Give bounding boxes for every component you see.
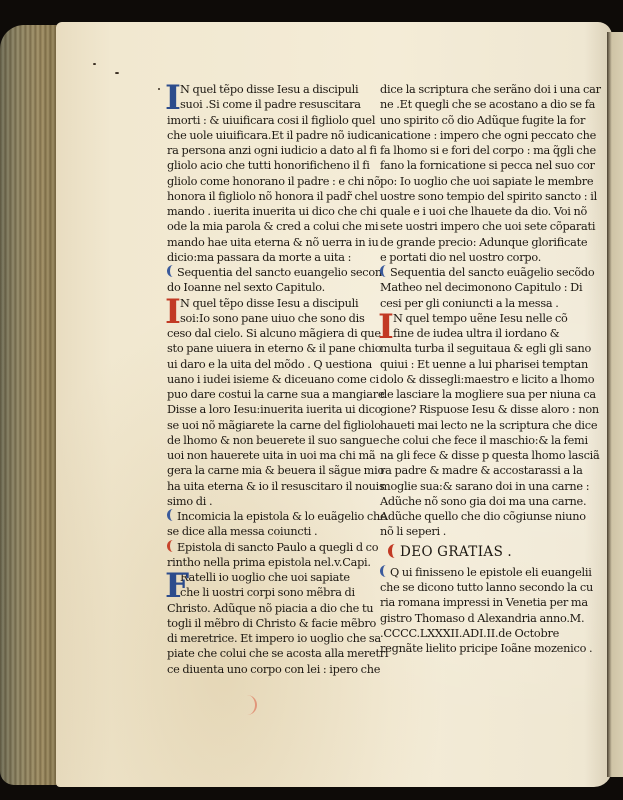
- text-line: soi:Io sono pane uiuo che sono dis: [167, 311, 369, 326]
- text-line: fine de iudea ultra il iordano &: [380, 326, 582, 341]
- text-line: ceso dal cielo. Si alcuno mãgiera di que: [167, 326, 369, 341]
- text-span: che se dicono tutto lanno secondo la cu: [380, 581, 593, 594]
- text-span: regnãte lielito pricipe Ioãne mozenico .: [380, 642, 592, 655]
- rubric-heading: Incomicia la epistola & lo euãgelio ches…: [167, 509, 369, 540]
- text-line: Christo. Adũque nõ piacia a dio che tu: [167, 601, 369, 616]
- text-line: Sequentia del sancto euãgelio secõdo: [380, 265, 582, 280]
- text-line: se dice alla messa coiuncti .: [167, 524, 369, 539]
- text-line: uoi non hauerete uita in uoi ma chi mã: [167, 448, 369, 463]
- paragraph-mark-icon: [380, 565, 388, 577]
- text-line: fano la fornicatione si pecca nel suo co…: [380, 158, 582, 173]
- text-line: mando . iuerita inuerita ui dico che chi: [167, 204, 369, 219]
- text-line: Adũche nõ sono gia doi ma una carne.: [380, 494, 582, 509]
- text-line: Epistola di sancto Paulo a quegli d co: [167, 540, 369, 555]
- text-line: gistro Thomaso d Alexandria anno.M.: [380, 611, 582, 626]
- text-line: quiui : Et uenne a lui pharisei temptan: [380, 357, 582, 372]
- text-span: cesi per gli coniuncti a la messa .: [380, 297, 559, 310]
- paragraph-mark-icon: [167, 509, 175, 521]
- right-text-column: dice la scriptura che serãno doi i una c…: [380, 82, 582, 656]
- text-line: N quel tempo uẽne Iesu nelle cõ: [380, 311, 582, 326]
- facing-page-edge: [607, 32, 623, 777]
- text-line: uano i iudei isieme & diceuano come ci: [167, 372, 369, 387]
- paragraph: IN quel tẽpo disse Iesu a discipulisuoi …: [167, 82, 369, 265]
- text-line: nõ li seperi .: [380, 524, 582, 539]
- text-line: ne .Et quegli che se acostano a dio se f…: [380, 97, 582, 112]
- text-line: suoi .Si come il padre resuscitara: [167, 97, 369, 112]
- text-line: Disse a loro Iesu:inuerita iuerita ui di…: [167, 402, 369, 417]
- text-line: gione? Rispuose Iesu & disse aloro : non: [380, 402, 582, 417]
- text-line: mando hae uita eterna & nõ uerra in iu: [167, 235, 369, 250]
- text-line: ra padre & madre & accostarassi a la: [380, 463, 582, 478]
- rubric-heading: Sequentia del sancto euangelio secondo I…: [167, 265, 369, 296]
- left-text-column: IN quel tẽpo disse Iesu a discipulisuoi …: [167, 82, 369, 677]
- text-line: dicio:ma passara da morte a uita :: [167, 250, 369, 265]
- text-line: N quel tẽpo disse Iesu a discipuli: [167, 296, 369, 311]
- initial-letter: I: [378, 313, 394, 341]
- text-line: gliolo acio che tutti honorificheno il f…: [167, 158, 369, 173]
- text-line: ria romana impressi in Venetia per ma: [380, 595, 582, 610]
- initial-letter: I: [165, 84, 181, 112]
- text-span: rintho nella prima epistola nel.v.Capi.: [167, 556, 371, 569]
- text-line: regnãte lielito pricipe Ioãne mozenico .: [380, 641, 582, 656]
- text-line: se uoi nõ mãgiarete la carne del figliol…: [167, 418, 369, 433]
- text-line: sete uostri impero che uoi sete cõparati: [380, 219, 582, 234]
- text-line: na gli fece & disse p questa lhomo lasci…: [380, 448, 582, 463]
- text-line: uno spirito cõ dio Adũque fugite la for: [380, 113, 582, 128]
- foxing-spot: [93, 63, 96, 65]
- text-line: che li uostri corpi sono mẽbra di: [167, 585, 369, 600]
- text-line: po: Io uoglio che uoi sapiate le membre: [380, 174, 582, 189]
- text-span: Epistola di sancto Paulo a quegli d co: [177, 541, 378, 554]
- text-span: Matheo nel decimonono Capitulo : Di: [380, 281, 582, 294]
- foxing-spot: [115, 72, 119, 74]
- text-line: ra persona anzi ogni iudicio a dato al f…: [167, 143, 369, 158]
- page-edges: [0, 25, 58, 785]
- text-line: do Ioanne nel sexto Capitulo.: [167, 280, 369, 295]
- rubric-heading: Sequentia del sancto euãgelio secõdoMath…: [380, 265, 582, 311]
- text-line: uostre sono tempio del spirito sancto : …: [380, 189, 582, 204]
- text-span: .CCCC.LXXXII.ADI.II.de Octobre: [380, 627, 559, 640]
- colophon: Q ui finisseno le epistole eli euangelii…: [380, 565, 582, 657]
- text-line: .CCCC.LXXXII.ADI.II.de Octobre: [380, 626, 582, 641]
- text-span: Q ui finisseno le epistole eli euangelii: [390, 566, 592, 579]
- deo-gratias: DEO GRATIAS .: [380, 544, 582, 559]
- text-line: rintho nella prima epistola nel.v.Capi.: [167, 555, 369, 570]
- text-line: Incomicia la epistola & lo euãgelio che: [167, 509, 369, 524]
- text-line: piate che colui che se acosta alla meret…: [167, 646, 369, 661]
- text-line: che uole uiuificara.Et il padre nõ iudic…: [167, 128, 369, 143]
- text-line: Q ui finisseno le epistole eli euangelii: [380, 565, 582, 580]
- book-spread: IN quel tẽpo disse Iesu a discipulisuoi …: [0, 0, 623, 800]
- text-line: puo dare costui la carne sua a mangiare: [167, 387, 369, 402]
- text-line: Adũche quello che dio cõgiunse niuno: [380, 509, 582, 524]
- text-line: di meretrice. Et impero io uoglio che sa: [167, 631, 369, 646]
- text-line: dolo & dissegli:maestro e licito a lhomo: [380, 372, 582, 387]
- initial-letter: F: [165, 572, 189, 600]
- paragraph-mark-icon: [167, 540, 175, 552]
- text-line: che colui che fece il maschio:& la femi: [380, 433, 582, 448]
- text-span: Sequentia del sancto euãgelio secõdo: [390, 266, 594, 279]
- text-line: fa lhomo si e fori del corpo : ma q̃gli …: [380, 143, 582, 158]
- text-line: moglie sua:& sarano doi in una carne :: [380, 479, 582, 494]
- text-line: ui daro e la uita del mõdo . Q uestiona: [167, 357, 369, 372]
- text-line: togli il mẽbro di Christo & facie mẽbro: [167, 616, 369, 631]
- text-line: quale e i uoi che lhauete da dio. Voi nõ: [380, 204, 582, 219]
- text-line: cesi per gli coniuncti a la messa .: [380, 296, 582, 311]
- text-span: Incomicia la epistola & lo euãgelio che: [177, 510, 386, 523]
- text-line: Sequentia del sancto euangelio secon: [167, 265, 369, 280]
- explicit: DEO GRATIAS .: [380, 544, 582, 559]
- text-line: simo di .: [167, 494, 369, 509]
- initial-letter: I: [165, 298, 181, 326]
- text-line: e portati dio nel uostro corpo.: [380, 250, 582, 265]
- text-span: DEO GRATIAS .: [400, 544, 512, 560]
- text-line: imorti : & uiuificara cosi il figliolo q…: [167, 113, 369, 128]
- paragraph: FRatelli io uoglio che uoi sapiateche li…: [167, 570, 369, 677]
- text-line: N quel tẽpo disse Iesu a discipuli: [167, 82, 369, 97]
- text-line: Matheo nel decimonono Capitulo : Di: [380, 280, 582, 295]
- text-line: ode la mia parola & cred a colui che mi: [167, 219, 369, 234]
- text-line: gliolo come honorano il padre : e chi nõ: [167, 174, 369, 189]
- text-line: de grande precio: Adunque glorificate: [380, 235, 582, 250]
- text-span: do Ioanne nel sexto Capitulo.: [167, 281, 325, 294]
- text-line: multa turba il seguitaua & egli gli sano: [380, 341, 582, 356]
- text-line: dice la scriptura che serãno doi i una c…: [380, 82, 582, 97]
- paragraph: IN quel tẽpo disse Iesu a discipulisoi:I…: [167, 296, 369, 510]
- text-line: de lhomo & non beuerete il suo sangue: [167, 433, 369, 448]
- text-line: gera la carne mia & beuera il sãgue mio: [167, 463, 369, 478]
- rubric-heading: Epistola di sancto Paulo a quegli d cori…: [167, 540, 369, 571]
- text-span: se dice alla messa coiuncti .: [167, 525, 317, 538]
- text-line: ce diuenta uno corpo con lei : ipero che: [167, 662, 369, 677]
- text-line: ha uita eterna & io il resuscitaro il no…: [167, 479, 369, 494]
- paragraph-mark-icon: [388, 544, 398, 558]
- text-line: Ratelli io uoglio che uoi sapiate: [167, 570, 369, 585]
- foxing-spot: [158, 88, 160, 90]
- paragraph-mark-icon: [167, 265, 175, 277]
- text-line: haueti mai lecto ne la scriptura che dic…: [380, 418, 582, 433]
- text-span: ria romana impressi in Venetia per ma: [380, 596, 588, 609]
- text-line: che se dicono tutto lanno secondo la cu: [380, 580, 582, 595]
- paragraph-mark-icon: [380, 265, 388, 277]
- text-line: sto pane uiuera in eterno & il pane chio: [167, 341, 369, 356]
- text-line: de lasciare la mogliere sua per niuna ca: [380, 387, 582, 402]
- paragraph: dice la scriptura che serãno doi i una c…: [380, 82, 582, 265]
- text-line: honora il figliolo nõ honora il padr̃ ch…: [167, 189, 369, 204]
- text-line: nicatione : impero che ogni peccato che: [380, 128, 582, 143]
- text-span: Sequentia del sancto euangelio secon: [177, 266, 382, 279]
- paragraph: IN quel tempo uẽne Iesu nelle cõfine de …: [380, 311, 582, 540]
- text-span: gistro Thomaso d Alexandria anno.M.: [380, 612, 584, 625]
